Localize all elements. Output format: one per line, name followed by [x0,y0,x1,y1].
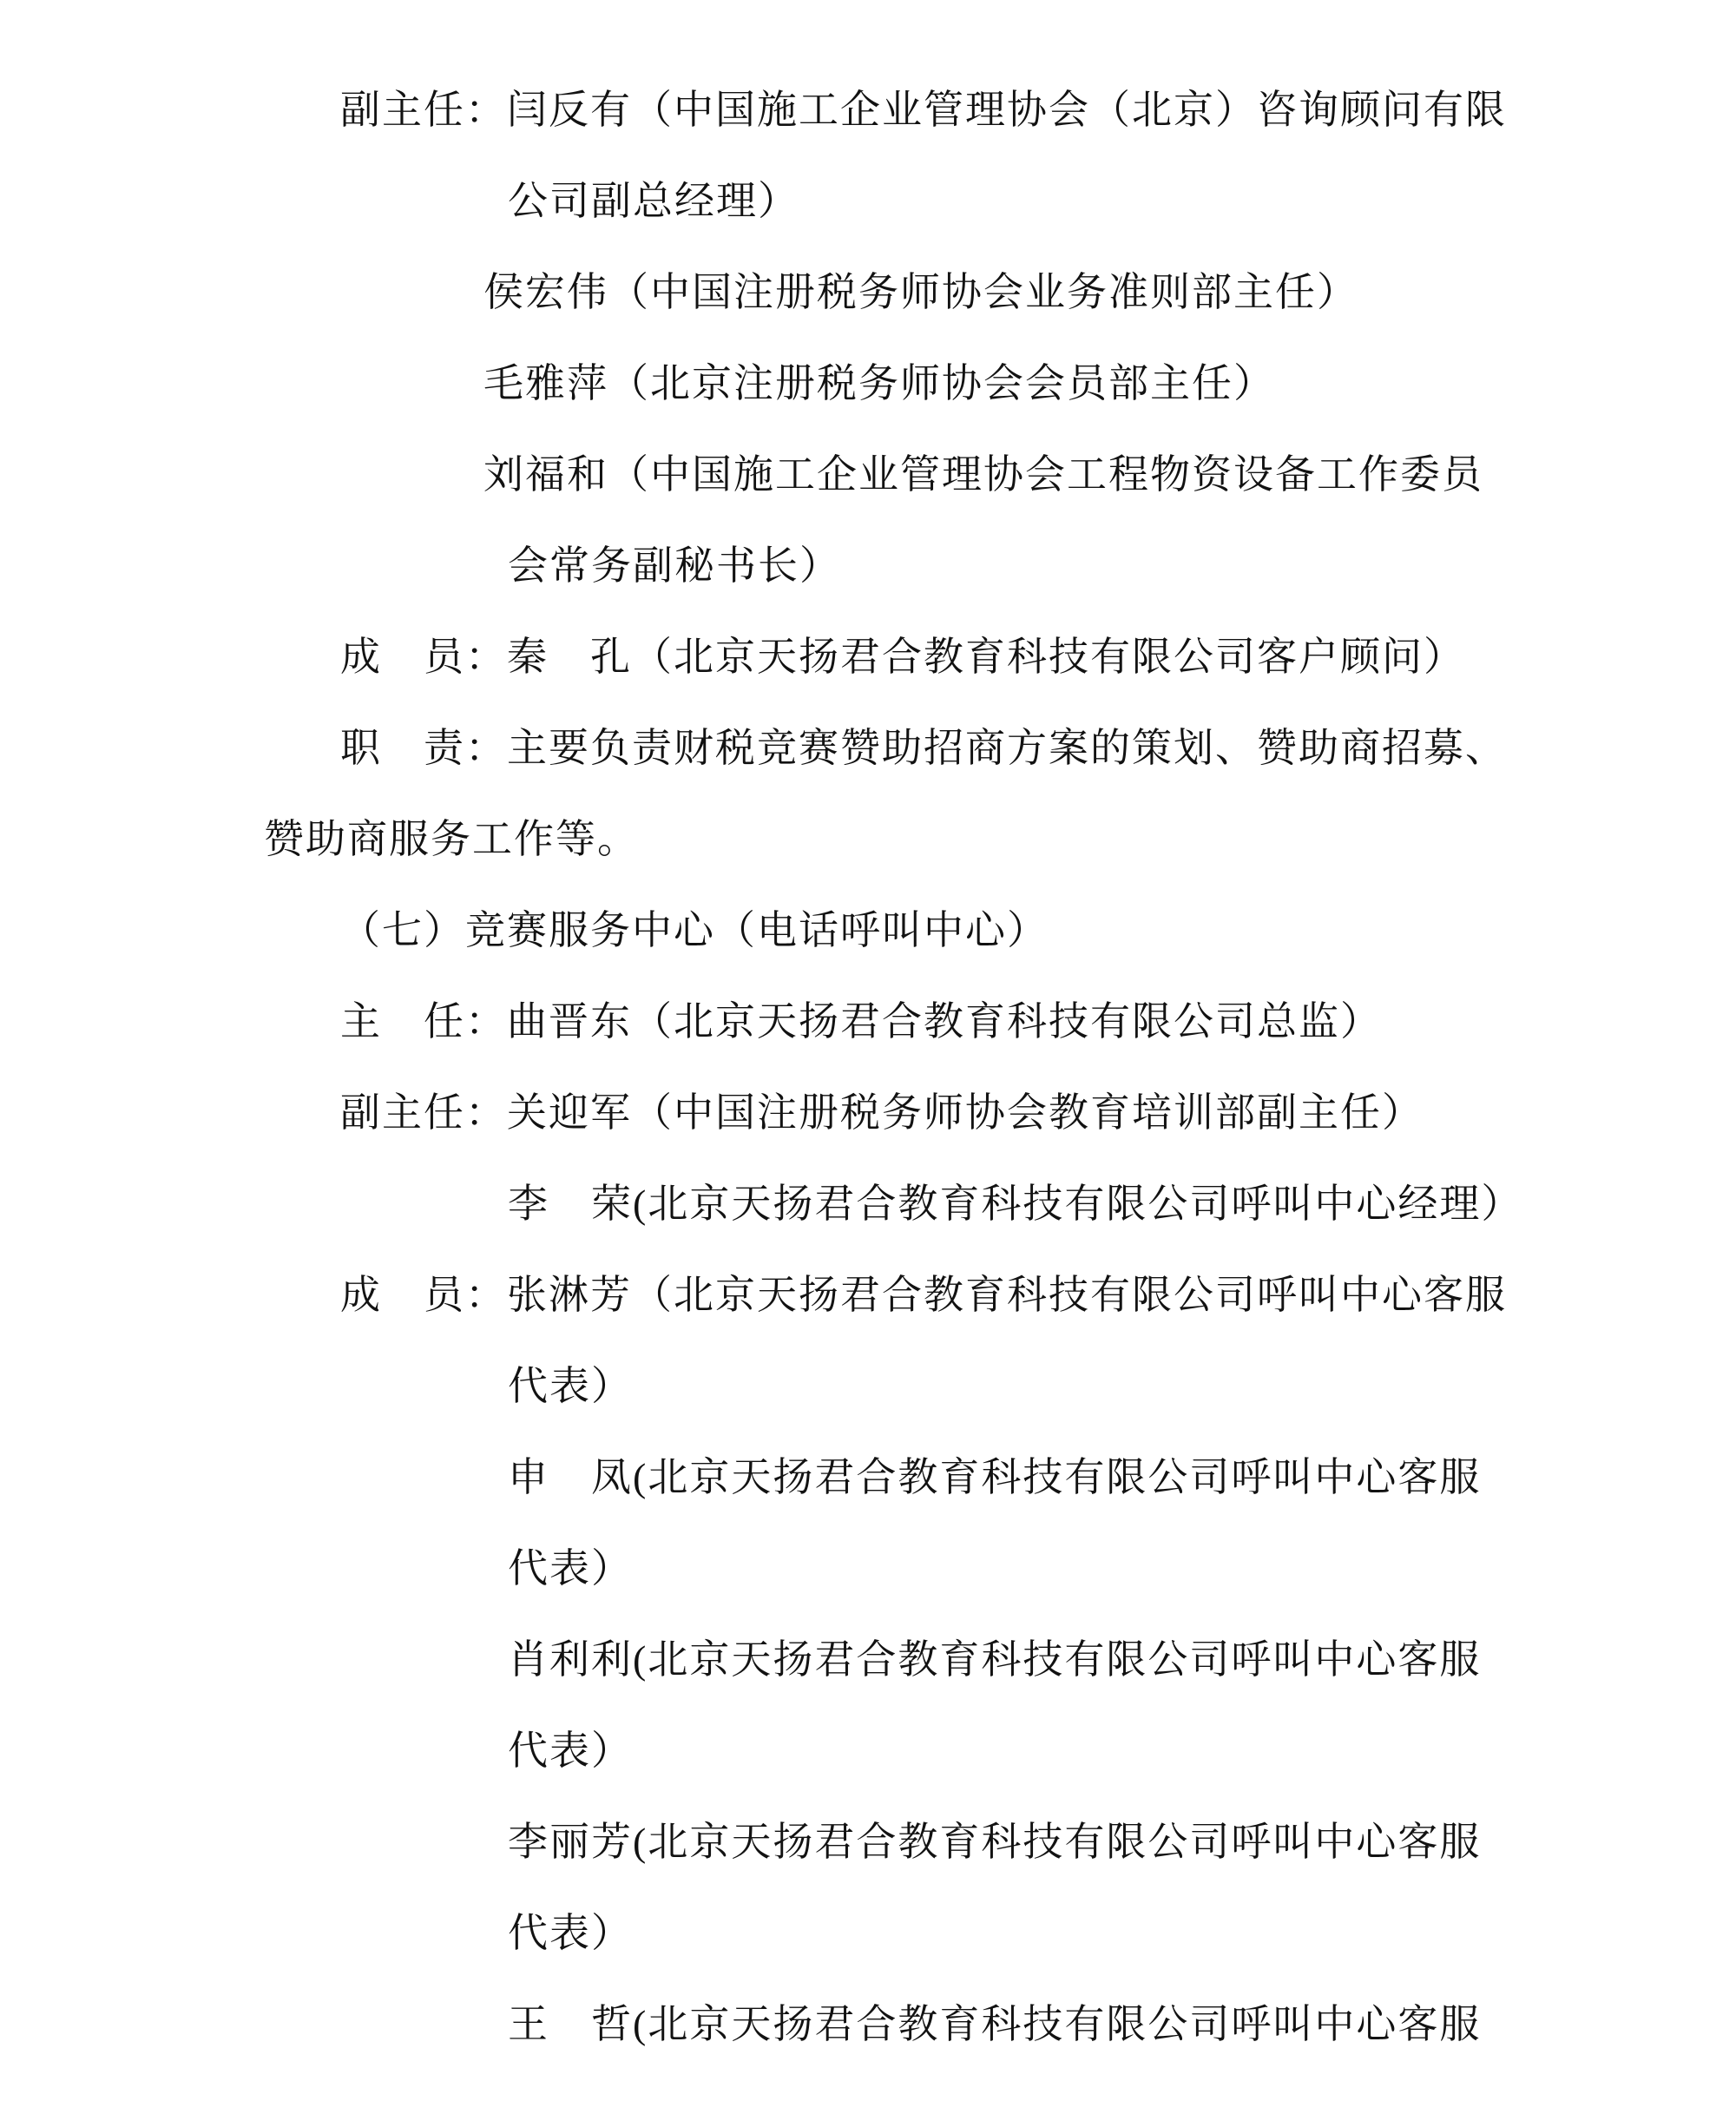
document-line: 代表） [0,1887,1736,1979]
document-line: 代表） [0,1340,1736,1432]
document-line: 刘福和（中国施工企业管理协会工程物资设备工作委员 [0,429,1736,520]
document-line: 会常务副秘书长） [0,520,1736,611]
document-line: 毛雅萍（北京注册税务师协会会员部主任） [0,338,1736,429]
document-line: 主 任：曲晋东（北京天扬君合教育科技有限公司总监） [0,976,1736,1067]
document-line: 副主任：关迎军（中国注册税务师协会教育培训部副主任） [0,1067,1736,1158]
document-page: 副主任：闫反有（中国施工企业管理协会（北京）咨询顾问有限 公司副总经理） 侯宏伟… [0,0,1736,2101]
document-line: 肖利利(北京天扬君合教育科技有限公司呼叫中心客服 [0,1614,1736,1705]
document-line: 侯宏伟（中国注册税务师协会业务准则部主任） [0,247,1736,338]
document-line: 李丽芳(北京天扬君合教育科技有限公司呼叫中心客服 [0,1796,1736,1887]
document-line: 代表） [0,1523,1736,1614]
document-line: 公司副总经理） [0,155,1736,247]
document-line: 副主任：闫反有（中国施工企业管理协会（北京）咨询顾问有限 [0,64,1736,155]
document-line: 申 凤(北京天扬君合教育科技有限公司呼叫中心客服 [0,1432,1736,1523]
document-line: 王 哲(北京天扬君合教育科技有限公司呼叫中心客服 [0,1979,1736,2070]
document-line: 李 荣(北京天扬君合教育科技有限公司呼叫中心经理） [0,1158,1736,1249]
document-line: 代表） [0,1705,1736,1796]
section-heading-line: （七）竞赛服务中心（电话呼叫中心） [0,885,1736,976]
document-line: 职 责：主要负责财税竞赛赞助招商方案的策划、赞助商招募、 [0,702,1736,794]
document-line: 赞助商服务工作等。 [0,794,1736,885]
document-line: 成 员：张淋芳（北京天扬君合教育科技有限公司呼叫中心客服 [0,1249,1736,1340]
document-line: 成 员：秦 孔（北京天扬君合教育科技有限公司客户顾问） [0,611,1736,702]
